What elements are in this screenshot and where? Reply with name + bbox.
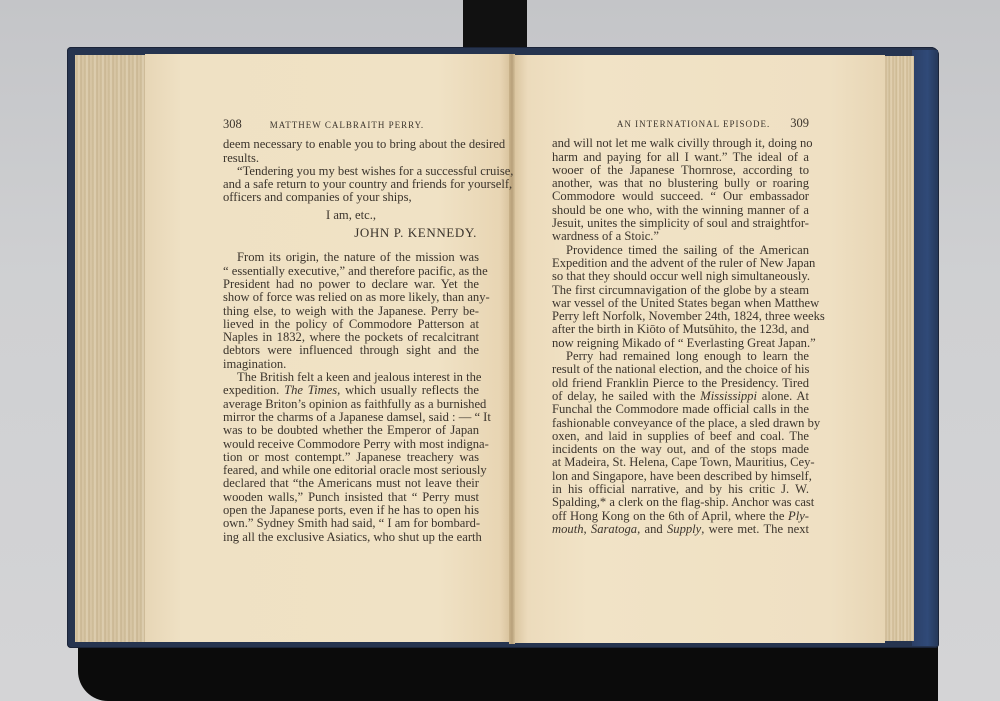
- italic-title: The Times,: [284, 383, 340, 397]
- text-line: Spalding,* a clerk on the flag-ship. Anc…: [552, 496, 809, 509]
- italic-ship-name: Saratoga: [591, 522, 637, 536]
- running-head-title-left: MATTHEW CALBRAITH PERRY.: [242, 119, 479, 132]
- text-line: incidents on the way out, and of the sto…: [552, 443, 809, 456]
- text-line: average Briton’s opinion as faithfully a…: [223, 398, 479, 411]
- text-line: wooden walls,” Punch insisted that “ Per…: [223, 491, 479, 504]
- text-line: Funchal the Commodore made official call…: [552, 403, 809, 416]
- text-line: now reigning Mikado of “ Everlasting Gre…: [552, 337, 809, 350]
- page-edges-right: [884, 56, 914, 641]
- text-line: deem necessary to enable you to bring ab…: [223, 138, 479, 151]
- text-fragment: off Hong Kong on the 6th of April, where…: [552, 509, 788, 523]
- text-line: Providence timed the sailing of the Amer…: [552, 244, 809, 257]
- right-page-text: AN INTERNATIONAL EPISODE. 309 and will n…: [552, 117, 809, 536]
- text-line: war vessel of the United States began wh…: [552, 297, 809, 310]
- text-line: expedition. The Times, which usually ref…: [223, 384, 479, 397]
- text-line: off Hong Kong on the 6th of April, where…: [552, 510, 809, 523]
- text-line: of delay, he sailed with the Mississippi…: [552, 390, 809, 403]
- text-line: results.: [223, 152, 479, 165]
- text-line: open the Japanese ports, even if he has …: [223, 504, 479, 517]
- text-line: own.” Sydney Smith had said, “ I am for …: [223, 517, 479, 530]
- italic-ship-name: Supply: [667, 522, 701, 536]
- right-running-head: AN INTERNATIONAL EPISODE. 309: [552, 117, 809, 131]
- bookmark-ribbon: [463, 0, 527, 52]
- text-line: declared that “the Americans must not le…: [223, 477, 479, 490]
- text-line: old friend Franklin Pierce to the Presid…: [552, 377, 809, 390]
- text-line: Naples in 1832, where the pockets of rec…: [223, 331, 479, 344]
- book-gutter: [509, 54, 515, 644]
- signature: JOHN P. KENNEDY.: [223, 226, 479, 239]
- text-line: debtors were influenced through sight an…: [223, 344, 479, 357]
- text-line: and will not let me walk civilly through…: [552, 137, 809, 150]
- italic-ship-name: mouth: [552, 522, 583, 536]
- page-edges-left: [75, 55, 150, 642]
- text-line: The first circumnavigation of the globe …: [552, 284, 809, 297]
- text-line: lieved in the policy of Commodore Patter…: [223, 318, 479, 331]
- text-line: wardness of a Stoic.”: [552, 230, 809, 243]
- left-page-text: 308 MATTHEW CALBRAITH PERRY. deem necess…: [223, 118, 479, 544]
- italic-ship-name: Mississippi: [700, 389, 757, 403]
- text-line: wooer of the Japanese Thornrose, accordi…: [552, 164, 809, 177]
- text-line: and a safe return to your country and fr…: [223, 178, 479, 191]
- text-line: so that they should occur well nigh simu…: [552, 270, 809, 283]
- text-line: mirror the charms of a Japanese damsel, …: [223, 411, 479, 424]
- text-fragment: alone. At: [757, 389, 809, 403]
- text-line: mouth, Saratoga, and Supply, were met. T…: [552, 523, 809, 536]
- text-line: should be one who, with the winning mann…: [552, 204, 809, 217]
- text-fragment: which usually reflects the: [340, 383, 479, 397]
- text-line: after the birth in Kiōto of Mutsŭhito, …: [552, 323, 809, 336]
- text-fragment: , were met. The next: [701, 522, 809, 536]
- text-line: oxen, and laid in supplies of beef and c…: [552, 430, 809, 443]
- text-line: ing all the exclusive Asiatics, who shut…: [223, 531, 479, 544]
- text-fragment: of delay, he sailed with the: [552, 389, 700, 403]
- text-fragment: ,: [583, 522, 590, 536]
- text-line: at Madeira, St. Helena, Cape Town, Mauri…: [552, 456, 809, 469]
- text-fragment: , and: [637, 522, 667, 536]
- page-number-right: 309: [790, 117, 809, 130]
- text-line: Perry had remained long enough to learn …: [552, 350, 809, 363]
- closing-salutation: I am, etc.,: [223, 209, 479, 222]
- text-line: Commodore would succeed. “ Our embassado…: [552, 190, 809, 203]
- italic-ship-name: Ply-: [788, 509, 809, 523]
- text-line: officers and companies of your ships,: [223, 191, 479, 204]
- text-line: feared, and while one editorial oracle m…: [223, 464, 479, 477]
- text-line: “Tendering you my best wishes for a succ…: [223, 165, 479, 178]
- text-fragment: expedition.: [223, 383, 284, 397]
- book-shadow: [78, 640, 938, 701]
- left-running-head: 308 MATTHEW CALBRAITH PERRY.: [223, 118, 479, 132]
- cover-spine-edge: [912, 50, 938, 646]
- text-line: show of force was relied on as more like…: [223, 291, 479, 304]
- text-line: The British felt a keen and jealous inte…: [223, 371, 479, 384]
- text-line: imagination.: [223, 358, 479, 371]
- text-line: President had no power to declare war. Y…: [223, 278, 479, 291]
- text-line: Expedition and the advent of the ruler o…: [552, 257, 809, 270]
- text-line: result of the national election, and the…: [552, 363, 809, 376]
- text-line: fashionable conveyance of the place, a s…: [552, 417, 809, 430]
- text-line: Jesuit, unites the simplicity of soul an…: [552, 217, 809, 230]
- text-line: From its origin, the nature of the missi…: [223, 251, 479, 264]
- text-line: in his official narrative, and by his cr…: [552, 483, 809, 496]
- text-line: lon and Singapore, have been described b…: [552, 470, 809, 483]
- text-line: “ essentially executive,” and therefore …: [223, 265, 479, 278]
- page-number-left: 308: [223, 118, 242, 131]
- text-line: harm and paying for all I want.” The ide…: [552, 151, 809, 164]
- text-line: Perry left Norfolk, November 24th, 1824,…: [552, 310, 809, 323]
- text-line: would receive Commodore Perry with most …: [223, 438, 479, 451]
- text-line: thing else, to weigh with the Japanese. …: [223, 305, 479, 318]
- text-line: was to be doubted whether the Emperor of…: [223, 424, 479, 437]
- running-head-title-right: AN INTERNATIONAL EPISODE.: [552, 118, 790, 131]
- text-line: another, was that no blustering bully or…: [552, 177, 809, 190]
- text-line: tion or most contempt.” Japanese treache…: [223, 451, 479, 464]
